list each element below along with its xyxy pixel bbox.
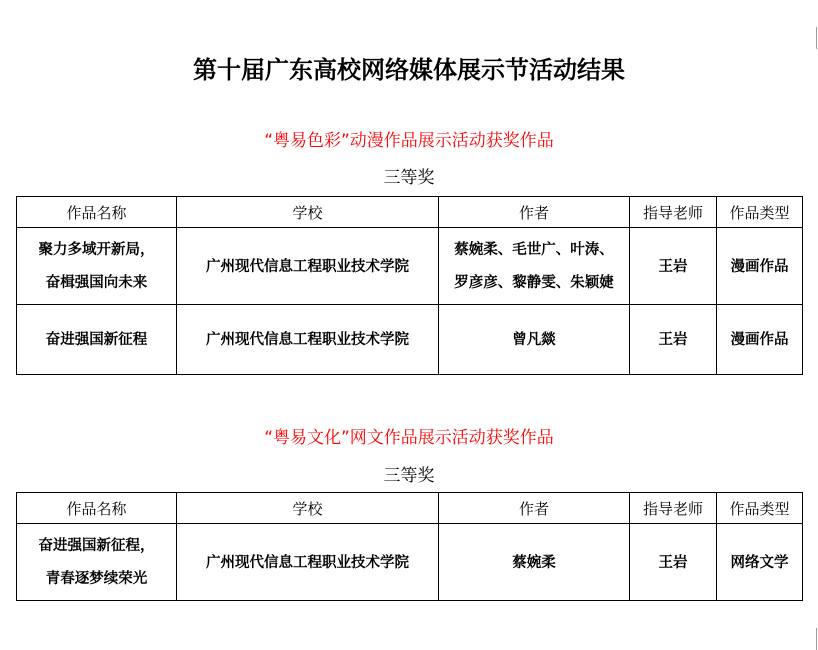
cell-author: 曾凡燚 bbox=[439, 305, 630, 375]
title-line: 聚力多域开新局， bbox=[17, 233, 176, 266]
cell-title: 聚力多域开新局， 奋楫强国向未来 bbox=[17, 228, 177, 305]
cell-advisor: 王岩 bbox=[630, 524, 717, 601]
column-header-advisor: 指导老师 bbox=[630, 493, 717, 524]
cell-school: 广州现代信息工程职业技术学院 bbox=[177, 228, 439, 305]
award-level-animation: 三等奖 bbox=[0, 163, 818, 188]
column-header-author: 作者 bbox=[439, 197, 630, 228]
award-level-literature: 三等奖 bbox=[0, 461, 818, 486]
column-header-author: 作者 bbox=[439, 493, 630, 524]
table-header-row: 作品名称 学校 作者 指导老师 作品类型 bbox=[17, 197, 803, 228]
cell-title: 奋进强国新征程 bbox=[17, 305, 177, 375]
results-table-literature: 作品名称 学校 作者 指导老师 作品类型 奋进强国新征程， 青春逐梦续荣光 广州… bbox=[16, 492, 803, 601]
table-row: 聚力多域开新局， 奋楫强国向未来 广州现代信息工程职业技术学院 蔡婉柔、毛世广、… bbox=[17, 228, 803, 305]
column-header-school: 学校 bbox=[177, 493, 439, 524]
title-line: 青春逐梦续荣光 bbox=[17, 562, 176, 595]
cell-author: 蔡婉柔、毛世广、叶涛、 罗彦彦、黎静雯、朱颖婕 bbox=[439, 228, 630, 305]
document-title: 第十届广东高校网络媒体展示节活动结果 bbox=[0, 50, 818, 85]
cell-type: 漫画作品 bbox=[717, 305, 803, 375]
table-row: 奋进强国新征程 广州现代信息工程职业技术学院 曾凡燚 王岩 漫画作品 bbox=[17, 305, 803, 375]
title-line: 奋楫强国向未来 bbox=[17, 266, 176, 299]
author-line: 罗彦彦、黎静雯、朱颖婕 bbox=[439, 266, 629, 299]
column-header-school: 学校 bbox=[177, 197, 439, 228]
column-header-type: 作品类型 bbox=[717, 197, 803, 228]
results-table-animation: 作品名称 学校 作者 指导老师 作品类型 聚力多域开新局， 奋楫强国向未来 广州… bbox=[16, 196, 803, 375]
cell-type: 网络文学 bbox=[717, 524, 803, 601]
cell-author: 蔡婉柔 bbox=[439, 524, 630, 601]
crop-mark-bottom bbox=[816, 628, 817, 650]
cell-school: 广州现代信息工程职业技术学院 bbox=[177, 305, 439, 375]
column-header-type: 作品类型 bbox=[717, 493, 803, 524]
crop-mark-top bbox=[816, 27, 817, 49]
cell-advisor: 王岩 bbox=[630, 305, 717, 375]
cell-advisor: 王岩 bbox=[630, 228, 717, 305]
table-header-row: 作品名称 学校 作者 指导老师 作品类型 bbox=[17, 493, 803, 524]
table-row: 奋进强国新征程， 青春逐梦续荣光 广州现代信息工程职业技术学院 蔡婉柔 王岩 网… bbox=[17, 524, 803, 601]
section-heading-animation: “粤易色彩”动漫作品展示活动获奖作品 bbox=[0, 126, 818, 151]
cell-type: 漫画作品 bbox=[717, 228, 803, 305]
column-header-title: 作品名称 bbox=[17, 493, 177, 524]
cell-title: 奋进强国新征程， 青春逐梦续荣光 bbox=[17, 524, 177, 601]
column-header-advisor: 指导老师 bbox=[630, 197, 717, 228]
title-line: 奋进强国新征程， bbox=[17, 529, 176, 562]
section-heading-literature: “粤易文化”网文作品展示活动获奖作品 bbox=[0, 423, 818, 448]
author-line: 蔡婉柔、毛世广、叶涛、 bbox=[439, 233, 629, 266]
cell-school: 广州现代信息工程职业技术学院 bbox=[177, 524, 439, 601]
column-header-title: 作品名称 bbox=[17, 197, 177, 228]
